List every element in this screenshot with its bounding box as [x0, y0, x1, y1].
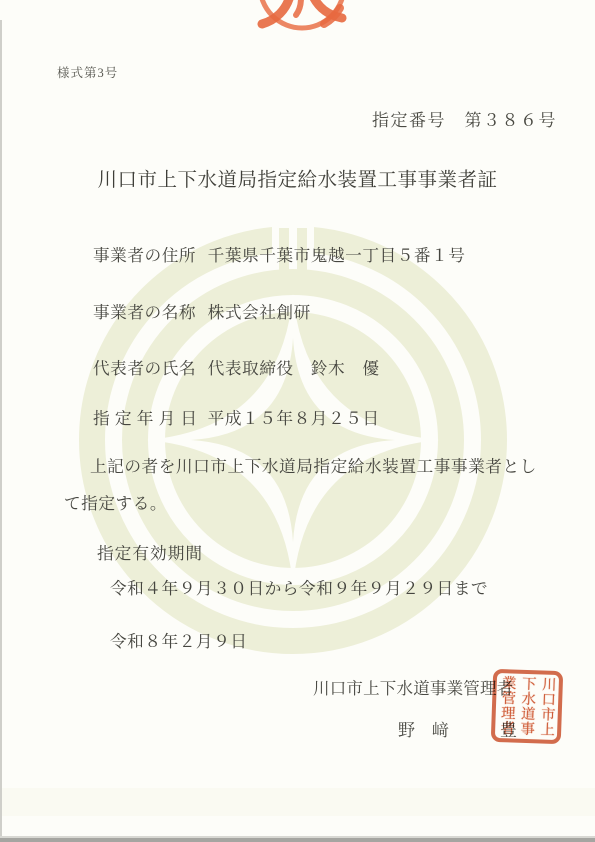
field-value: 株式会社創研: [208, 303, 311, 322]
issue-date: 令和８年２月９日: [110, 628, 248, 652]
field-value: 千葉県千葉市鬼越一丁目５番１号: [208, 246, 466, 265]
field-label: 指 定 年 月 日: [93, 405, 203, 429]
field-label: 事業者の名称: [93, 299, 203, 323]
body-paragraph: 上記の者を川口市上下水道局指定給水装置工事事業者として指定する。: [64, 448, 542, 522]
round-receipt-stamp-icon: [252, 0, 352, 40]
scan-texture-band: [0, 788, 595, 816]
field-value: 平成１５年８月２５日: [208, 409, 380, 428]
field-label: 代表者の氏名: [93, 355, 203, 379]
seal-column: 業管理者: [496, 675, 518, 736]
seal-column: 下水道事: [516, 676, 538, 737]
field-row-address: 事業者の住所 千葉県千葉市鬼越一丁目５番１号: [93, 242, 465, 266]
certificate-page: 様式第3号 指定番号 第３８６号 川口市上下水道局指定給水装置工事事業者証 事業…: [0, 0, 595, 842]
scan-edge-bottom: [0, 838, 595, 842]
form-number: 様式第3号: [57, 63, 118, 81]
scan-edge-left: [0, 20, 2, 842]
seal-column: 川口市上: [536, 676, 558, 737]
validity-period-label: 指定有効期間: [97, 540, 203, 564]
validity-period-value: 令和４年９月３０日から令和９年９月２９日まで: [110, 575, 488, 599]
designation-number: 指定番号 第３８６号: [372, 106, 557, 131]
certificate-title: 川口市上下水道局指定給水装置工事事業者証: [0, 164, 595, 192]
field-row-company-name: 事業者の名称 株式会社創研: [93, 299, 311, 323]
field-row-representative: 代表者の氏名 代表取締役 鈴木 優: [93, 355, 380, 379]
field-value: 代表取締役 鈴木 優: [208, 359, 380, 378]
field-row-designation-date: 指 定 年 月 日 平成１５年８月２５日: [93, 405, 380, 429]
official-square-seal-icon: 川口市上 下水道事 業管理者: [491, 669, 564, 744]
field-label: 事業者の住所: [93, 242, 203, 266]
issuer-title: 川口市上下水道事業管理者: [313, 675, 513, 699]
